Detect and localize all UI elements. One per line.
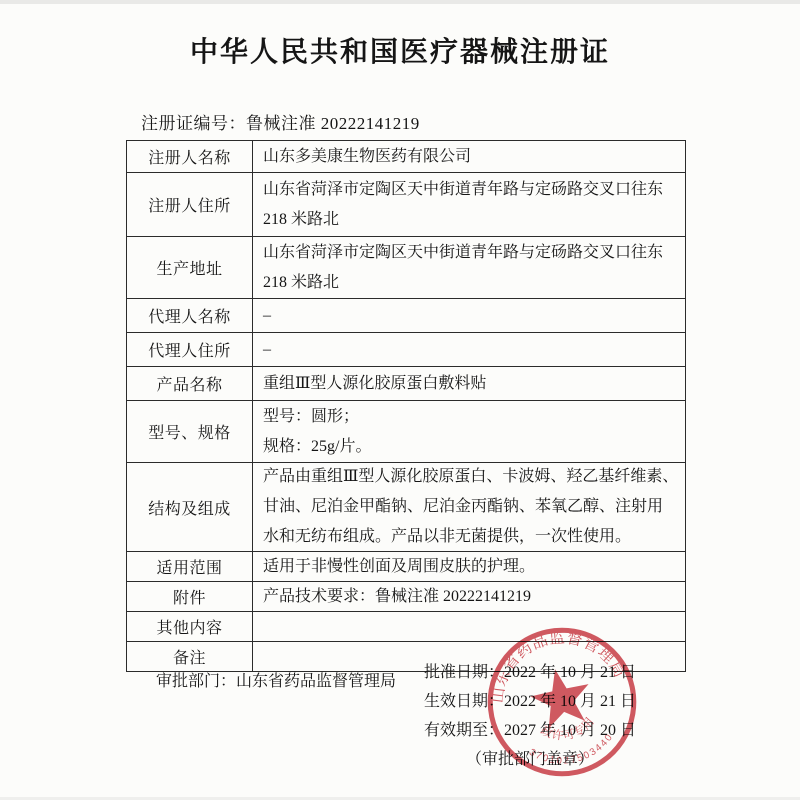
table-row-registrant-name: 注册人名称 山东多美康生物医药有限公司: [127, 141, 685, 173]
page-title: 中华人民共和国医疗器械注册证: [0, 30, 800, 70]
row-value: 产品由重组Ⅲ型人源化胶原蛋白、卡波姆、羟乙基纤维素、 甘油、尼泊金甲酯钠、尼泊金…: [253, 463, 685, 551]
table-row-model-spec: 型号、规格 型号：圆形； 规格：25g/片。: [127, 401, 685, 463]
row-value: 适用于非慢性创面及周围皮肤的护理。: [253, 552, 685, 581]
row-label: 备注: [127, 642, 253, 671]
row-label: 注册人名称: [127, 141, 253, 172]
effective-date: 生效日期：2022 年 10 月 21 日: [424, 687, 636, 716]
expiry-date: 有效期至：2027 年 10 月 20 日: [424, 716, 636, 745]
registration-number-value: 鲁械注准 20222141219: [246, 114, 420, 133]
table-row-product-name: 产品名称 重组Ⅲ型人源化胶原蛋白敷料贴: [127, 367, 685, 401]
certificate-table: 注册人名称 山东多美康生物医药有限公司 注册人住所 山东省菏泽市定陶区天中街道青…: [126, 140, 686, 672]
seal-note: （审批部门盖章）: [424, 747, 636, 773]
date-block: 批准日期：2022 年 10 月 21 日 生效日期：2022 年 10 月 2…: [424, 658, 636, 773]
row-value: [253, 612, 685, 641]
row-label: 其他内容: [127, 612, 253, 641]
row-label: 产品名称: [127, 367, 253, 400]
registration-number-line: 注册证编号：鲁械注准 20222141219: [141, 109, 420, 134]
table-row-attachment: 附件 产品技术要求：鲁械注准 20222141219: [127, 582, 685, 612]
table-row-scope: 适用范围 适用于非慢性创面及周围皮肤的护理。: [127, 552, 685, 582]
row-value: 山东多美康生物医药有限公司: [253, 141, 685, 172]
row-label: 附件: [127, 582, 253, 611]
registration-number-label: 注册证编号：: [141, 114, 246, 133]
row-label: 代理人名称: [127, 299, 253, 332]
table-row-agent-name: 代理人名称 –: [127, 299, 685, 333]
table-row-production-address: 生产地址 山东省菏泽市定陶区天中街道青年路与定砀路交叉口往东 218 米路北: [127, 237, 685, 299]
table-row-composition: 结构及组成 产品由重组Ⅲ型人源化胶原蛋白、卡波姆、羟乙基纤维素、 甘油、尼泊金甲…: [127, 463, 685, 552]
row-label: 生产地址: [127, 237, 253, 298]
row-label: 代理人住所: [127, 333, 253, 366]
row-value: 型号：圆形； 规格：25g/片。: [253, 401, 685, 462]
row-value: 山东省菏泽市定陶区天中街道青年路与定砀路交叉口往东 218 米路北: [253, 237, 685, 298]
row-value: 产品技术要求：鲁械注准 20222141219: [253, 582, 685, 611]
table-row-registrant-address: 注册人住所 山东省菏泽市定陶区天中街道青年路与定砀路交叉口往东 218 米路北: [127, 173, 685, 237]
table-row-other: 其他内容: [127, 612, 685, 642]
scan-edge: [0, 0, 800, 4]
row-label: 适用范围: [127, 552, 253, 581]
row-label: 结构及组成: [127, 463, 253, 551]
approval-date: 批准日期：2022 年 10 月 21 日: [424, 658, 636, 687]
row-label: 注册人住所: [127, 173, 253, 236]
approval-department: 审批部门：山东省药品监督管理局: [156, 668, 396, 691]
row-value: 山东省菏泽市定陶区天中街道青年路与定砀路交叉口往东 218 米路北: [253, 173, 685, 236]
certificate-page: 中华人民共和国医疗器械注册证 注册证编号：鲁械注准 20222141219 注册…: [0, 0, 800, 800]
row-value: 重组Ⅲ型人源化胶原蛋白敷料贴: [253, 367, 685, 400]
row-value: –: [253, 333, 685, 366]
row-label: 型号、规格: [127, 401, 253, 462]
table-row-agent-address: 代理人住所 –: [127, 333, 685, 367]
row-value: –: [253, 299, 685, 332]
